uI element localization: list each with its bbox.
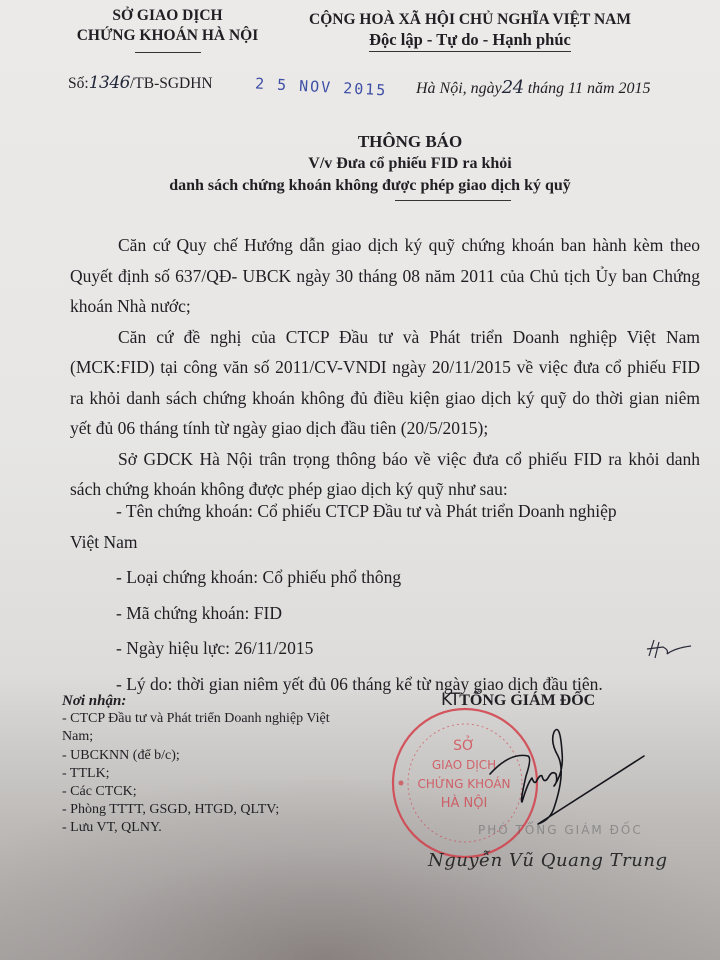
recipient-item: - Các CTCK; — [62, 783, 330, 801]
recipient-item: - TTLK; — [62, 765, 330, 783]
handwritten-signature-icon — [470, 712, 650, 827]
place-date-day-handwritten: 24 — [502, 77, 524, 98]
place-date-suffix: tháng 11 năm 2015 — [524, 80, 651, 97]
initials-scrawl-icon — [645, 636, 695, 662]
recipient-item: - CTCP Đầu tư và Phát triển Doanh nghiệp… — [62, 710, 330, 728]
country-name: CỘNG HOÀ XÃ HỘI CHỦ NGHĨA VIỆT NAM — [300, 10, 640, 30]
detail-item-ticker: - Mã chứng khoán: FID — [70, 598, 710, 629]
detail-item-security-name-cont: Việt Nam — [70, 527, 710, 558]
national-header: CỘNG HOÀ XÃ HỘI CHỦ NGHĨA VIỆT NAM Độc l… — [300, 10, 640, 52]
recipient-item: - Phòng TTTT, GSGD, HTGD, QLTV; — [62, 801, 330, 819]
body-paragraphs: Căn cứ Quy chế Hướng dẫn giao dịch ký qu… — [70, 230, 700, 505]
detail-item-security-type: - Loại chứng khoán: Cổ phiếu phổ thông — [70, 562, 710, 593]
faint-title-stamp: PHÓ TỔNG GIÁM ĐỐC — [478, 823, 643, 837]
recipients-label: Nơi nhận: — [62, 692, 330, 710]
title-underline — [395, 200, 511, 201]
title-subject-line-1: V/v Đưa cổ phiếu FID ra khỏi — [200, 153, 620, 175]
document-number: Số:1346/TB-SGDHN — [68, 73, 213, 93]
paragraph-request: Căn cứ đề nghị của CTCP Đầu tư và Phát t… — [70, 322, 700, 444]
received-date-stamp: 2 5 NOV 2015 — [255, 75, 388, 100]
issuer-line-1: SỞ GIAO DỊCH — [60, 6, 275, 26]
signer-name: Nguyễn Vũ Quang Trung — [428, 850, 667, 871]
detail-item-security-name: - Tên chứng khoán: Cổ phiếu CTCP Đầu tư … — [70, 496, 710, 527]
place-date: Hà Nội, ngày24 tháng 11 năm 2015 — [416, 77, 651, 98]
doc-number-handwritten: 1346 — [89, 73, 130, 93]
issuer-underline — [135, 52, 201, 53]
recipient-item: Nam; — [62, 728, 330, 746]
paragraph-legal-basis: Căn cứ Quy chế Hướng dẫn giao dịch ký qu… — [70, 230, 700, 322]
national-motto: Độc lập - Tự do - Hạnh phúc — [369, 30, 571, 52]
doc-number-suffix: /TB-SGDHN — [130, 75, 213, 92]
detail-list: - Tên chứng khoán: Cổ phiếu CTCP Đầu tư … — [70, 496, 710, 699]
document-title: THÔNG BÁO V/v Đưa cổ phiếu FID ra khỏi d… — [200, 131, 620, 201]
issuer-line-2: CHỨNG KHOÁN HÀ NỘI — [60, 26, 275, 46]
doc-number-prefix: Số: — [68, 75, 89, 92]
recipient-item: - Lưu VT, QLNY. — [62, 819, 330, 837]
detail-item-effective-date: - Ngày hiệu lực: 26/11/2015 — [70, 633, 710, 664]
recipient-item: - UBCKNN (để b/c); — [62, 747, 330, 765]
issuer-block: SỞ GIAO DỊCH CHỨNG KHOÁN HÀ NỘI — [60, 6, 275, 53]
recipients-block: Nơi nhận: - CTCP Đầu tư và Phát triển Do… — [62, 692, 330, 838]
title-type: THÔNG BÁO — [200, 131, 620, 153]
title-subject-line-2: danh sách chứng khoán không được phép gi… — [90, 175, 650, 197]
place-date-prefix: Hà Nội, ngày — [416, 80, 502, 97]
